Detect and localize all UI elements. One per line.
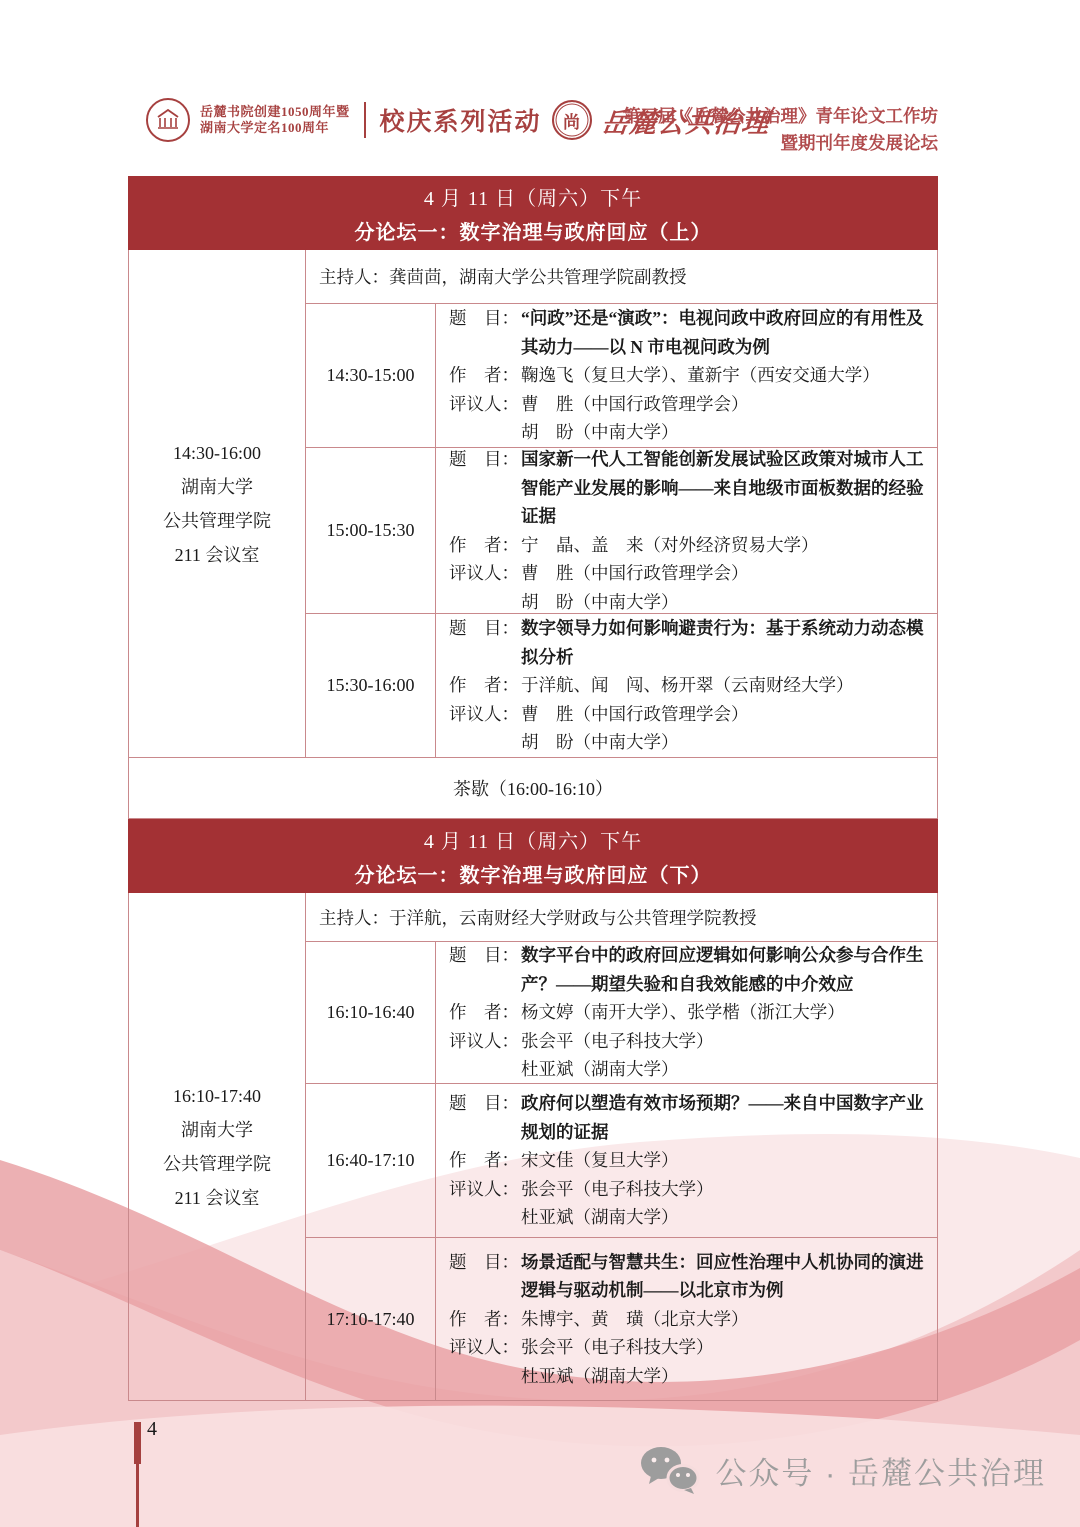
venue-time-range: 14:30-16:00 <box>173 436 261 470</box>
session-content: 题 目：数字领导力如何影响避责行为：基于系统动力动态模拟分析 作 者：于洋航、闻… <box>436 614 937 757</box>
reviewers-label: 评议人： <box>449 1027 521 1056</box>
page-number: 4 <box>147 1418 157 1441</box>
wechat-icon <box>639 1446 701 1494</box>
agenda: 4 月 11 日（周六）下午 分论坛一：数字治理与政府回应（上） 14:30-1… <box>128 176 938 1401</box>
forum1-moderator-row: 主持人：龚茴茴，湖南大学公共管理学院副教授 <box>306 250 937 304</box>
workshop-title-line2: 暨期刊年度发展论坛 <box>623 130 938 157</box>
reviewers-label: 评议人： <box>449 1175 521 1204</box>
session-time: 15:00-15:30 <box>306 448 436 613</box>
session-row: 14:30-15:00 题 目：“问政”还是“演政”：电视问政中政府回应的有用性… <box>306 304 937 448</box>
reviewers-label: 评议人： <box>449 559 521 588</box>
venue-university: 湖南大学 <box>181 470 253 504</box>
reviewers-label: 评议人： <box>449 1333 521 1362</box>
paper-authors: 宁 晶、盖 来（对外经济贸易大学） <box>521 531 927 560</box>
session-row: 15:00-15:30 题 目：国家新一代人工智能创新发展试验区政策对城市人工智… <box>306 448 937 614</box>
forum1-banner-date: 4 月 11 日（周六）下午 <box>424 182 642 211</box>
session-row: 16:40-17:10 题 目：政府何以塑造有效市场预期？——来自中国数字产业规… <box>306 1084 937 1238</box>
title-label: 题 目： <box>449 304 521 361</box>
session-content: 题 目：数字平台中的政府回应逻辑如何影响公众参与合作生产？——期望失验和自我效能… <box>436 942 937 1083</box>
anniversary-line2: 湖南大学定名100周年 <box>200 120 350 136</box>
watermark: 公众号 · 岳麓公共治理 <box>639 1446 1046 1494</box>
session-row: 17:10-17:40 题 目：场景适配与智慧共生：回应性治理中人机协同的演进逻… <box>306 1238 937 1400</box>
paper-authors: 于洋航、闻 闯、杨开翠（云南财经大学） <box>521 671 927 700</box>
reviewer-1: 张会平（电子科技大学） <box>521 1333 927 1362</box>
paper-title: 数字平台中的政府回应逻辑如何影响公众参与合作生产？——期望失验和自我效能感的中介… <box>521 941 927 998</box>
authors-label: 作 者： <box>449 998 521 1027</box>
authors-label: 作 者： <box>449 1305 521 1334</box>
session-content: 题 目：“问政”还是“演政”：电视问政中政府回应的有用性及其动力——以 N 市电… <box>436 304 937 447</box>
moderator-text: 主持人：于洋航，云南财经大学财政与公共管理学院教授 <box>319 905 757 930</box>
session-content: 题 目：政府何以塑造有效市场预期？——来自中国数字产业规划的证据 作 者：宋文佳… <box>436 1084 937 1237</box>
forum2-moderator-row: 主持人：于洋航，云南财经大学财政与公共管理学院教授 <box>306 893 937 942</box>
reviewer-1: 曹 胜（中国行政管理学会） <box>521 700 927 729</box>
program-page: 岳麓书院创建1050周年暨 湖南大学定名100周年 校庆系列活动 尚 岳麓公共治… <box>0 0 1080 1527</box>
session-time: 16:40-17:10 <box>306 1084 436 1237</box>
authors-label: 作 者： <box>449 531 521 560</box>
paper-authors: 宋文佳（复旦大学） <box>521 1146 927 1175</box>
title-label: 题 目： <box>449 1089 521 1146</box>
reviewer-2: 杜亚斌（湖南大学） <box>521 1362 927 1391</box>
authors-label: 作 者： <box>449 671 521 700</box>
reviewer-1: 张会平（电子科技大学） <box>521 1027 927 1056</box>
reviewers-label: 评议人： <box>449 390 521 419</box>
forum1-table: 14:30-16:00 湖南大学 公共管理学院 211 会议室 主持人：龚茴茴，… <box>128 250 938 758</box>
venue-university: 湖南大学 <box>181 1113 253 1147</box>
forum2-banner: 4 月 11 日（周六）下午 分论坛一：数字治理与政府回应（下） <box>128 819 938 893</box>
anniversary-line1: 岳麓书院创建1050周年暨 <box>200 104 350 120</box>
session-row: 16:10-16:40 题 目：数字平台中的政府回应逻辑如何影响公众参与合作生产… <box>306 942 937 1084</box>
reviewers-label: 评议人： <box>449 700 521 729</box>
tea-break-text: 茶歇（16:00-16:10） <box>453 775 613 801</box>
paper-authors: 朱博宇、黄 璜（北京大学） <box>521 1305 927 1334</box>
session-content: 题 目：国家新一代人工智能创新发展试验区政策对城市人工智能产业发展的影响——来自… <box>436 448 937 613</box>
reviewer-1: 张会平（电子科技大学） <box>521 1175 927 1204</box>
paper-title: 政府何以塑造有效市场预期？——来自中国数字产业规划的证据 <box>521 1089 927 1146</box>
header-divider <box>364 102 366 138</box>
session-time: 15:30-16:00 <box>306 614 436 757</box>
reviewer-2: 胡 盼（中南大学） <box>521 418 927 447</box>
moderator-text: 主持人：龚茴茴，湖南大学公共管理学院副教授 <box>319 264 687 289</box>
session-time: 16:10-16:40 <box>306 942 436 1083</box>
forum1-banner-title: 分论坛一：数字治理与政府回应（上） <box>355 216 712 245</box>
tea-break-row: 茶歇（16:00-16:10） <box>128 758 938 819</box>
campaign-label: 校庆系列活动 <box>380 102 542 138</box>
paper-authors: 杨文婷（南开大学）、张学楷（浙江大学） <box>521 998 927 1027</box>
forum1-venue-cell: 14:30-16:00 湖南大学 公共管理学院 211 会议室 <box>129 250 306 757</box>
paper-title: 数字领导力如何影响避责行为：基于系统动力动态模拟分析 <box>521 614 927 671</box>
academy-seal-icon <box>146 98 190 142</box>
paper-title: “问政”还是“演政”：电视问政中政府回应的有用性及其动力——以 N 市电视问政为… <box>521 304 927 361</box>
footer-red-line <box>136 1422 139 1527</box>
journal-seal-icon: 尚 <box>552 100 592 140</box>
header-right: 第三届《岳麓公共治理》青年论文工作坊 暨期刊年度发展论坛 <box>623 103 938 157</box>
forum2-banner-title: 分论坛一：数字治理与政府回应（下） <box>355 859 712 888</box>
paper-title: 国家新一代人工智能创新发展试验区政策对城市人工智能产业发展的影响——来自地级市面… <box>521 445 927 531</box>
session-row: 15:30-16:00 题 目：数字领导力如何影响避责行为：基于系统动力动态模拟… <box>306 614 937 757</box>
title-label: 题 目： <box>449 1248 521 1305</box>
seal-character: 尚 <box>563 108 580 133</box>
paper-authors: 鞠逸飞（复旦大学）、董新宇（西安交通大学） <box>521 361 927 390</box>
venue-room: 211 会议室 <box>175 1181 260 1215</box>
watermark-text: 公众号 · 岳麓公共治理 <box>715 1448 1046 1493</box>
venue-school: 公共管理学院 <box>163 1147 271 1181</box>
forum1-banner: 4 月 11 日（周六）下午 分论坛一：数字治理与政府回应（上） <box>128 176 938 250</box>
reviewer-2: 胡 盼（中南大学） <box>521 728 927 757</box>
forum2-banner-date: 4 月 11 日（周六）下午 <box>424 825 642 854</box>
reviewer-2: 胡 盼（中南大学） <box>521 588 927 617</box>
forum2-venue-cell: 16:10-17:40 湖南大学 公共管理学院 211 会议室 <box>129 893 306 1400</box>
session-time: 17:10-17:40 <box>306 1238 436 1400</box>
paper-title: 场景适配与智慧共生：回应性治理中人机协同的演进逻辑与驱动机制——以北京市为例 <box>521 1248 927 1305</box>
reviewer-2: 杜亚斌（湖南大学） <box>521 1203 927 1232</box>
reviewer-2: 杜亚斌（湖南大学） <box>521 1055 927 1084</box>
venue-room: 211 会议室 <box>175 538 260 572</box>
session-time: 14:30-15:00 <box>306 304 436 447</box>
title-label: 题 目： <box>449 445 521 531</box>
title-label: 题 目： <box>449 614 521 671</box>
forum2-table: 16:10-17:40 湖南大学 公共管理学院 211 会议室 主持人：于洋航，… <box>128 893 938 1401</box>
workshop-title-line1: 第三届《岳麓公共治理》青年论文工作坊 <box>623 103 938 130</box>
anniversary-text: 岳麓书院创建1050周年暨 湖南大学定名100周年 <box>200 104 350 136</box>
title-label: 题 目： <box>449 941 521 998</box>
reviewer-1: 曹 胜（中国行政管理学会） <box>521 559 927 588</box>
authors-label: 作 者： <box>449 361 521 390</box>
authors-label: 作 者： <box>449 1146 521 1175</box>
venue-time-range: 16:10-17:40 <box>173 1079 261 1113</box>
venue-school: 公共管理学院 <box>163 504 271 538</box>
reviewer-1: 曹 胜（中国行政管理学会） <box>521 390 927 419</box>
session-content: 题 目：场景适配与智慧共生：回应性治理中人机协同的演进逻辑与驱动机制——以北京市… <box>436 1238 937 1400</box>
